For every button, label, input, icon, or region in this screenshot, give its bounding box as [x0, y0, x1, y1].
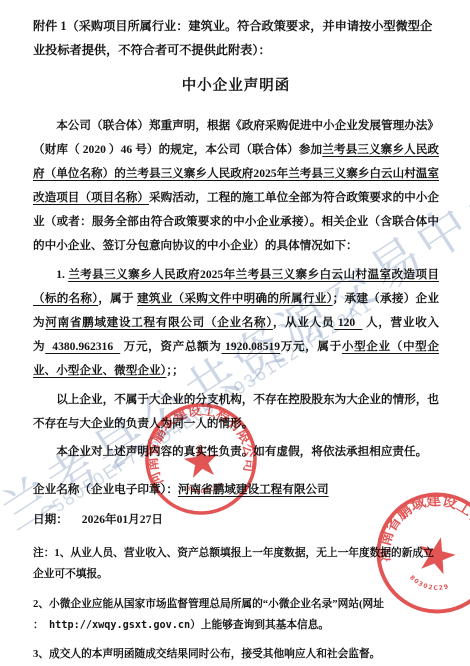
- document-page: 兰考县公共资源交易中心 C58050EF7E5D4E096A9361E26FL2…: [0, 0, 470, 666]
- note-2-colon: ：: [33, 619, 49, 631]
- assets-value: 1920.08519: [222, 340, 281, 353]
- note-1-line1: 注：1、从业人员、营业收入、资产总额填报上一年度数据，无上一年度数据的新成立: [33, 547, 434, 559]
- note-2-line1: 2、小微企业应能从国家市场监督管理总局所属的“小微企业名录”网站(网址: [33, 598, 384, 610]
- note-2-suffix: ）上能够查询到其基本信息。: [190, 619, 329, 631]
- declaration-paragraph: 本公司（联合体）郑重声明，根据《政府采购促进中小企业发展管理办法》（财库（ 20…: [33, 114, 439, 258]
- note-1-line2: 企业可不填报。: [33, 568, 108, 580]
- date-line: 日期：2026年01月27日: [33, 508, 439, 532]
- no-big-enterprise-paragraph: 以上企业，不属于大企业的分支机构，不存在控股股东为大企业的情形，也不存在与大企业…: [33, 388, 439, 436]
- responsibility-paragraph: 本企业对上述声明内容的真实性负责。如有虚假，将依法承担相应责任。: [33, 440, 439, 464]
- text-run: 万元，属于: [280, 340, 342, 353]
- note-2: 2、小微企业应能从国家市场监督管理总局所属的“小微企业名录”网站(网址： htt…: [33, 594, 439, 636]
- item-number: 1.: [56, 268, 68, 281]
- registry-url: http://xwqy.gsxt.gov.cn: [49, 620, 190, 631]
- text-run: ，属于: [98, 292, 137, 305]
- item-1-paragraph: 1. 兰考县三义寨乡人民政府2025年兰考县三义寨乡白云山村温室改造项目（标的名…: [33, 263, 439, 383]
- company-name-line: 企业名称（企业电子印章）：河南省鹏域建设工程有限公司: [33, 478, 439, 502]
- document-content: 附件 1（采购项目所属行业：建筑业。符合政策要求，并申请按小型微型企业投标者提供…: [33, 14, 439, 665]
- attachment-header-line1: 附件 1（采购项目所属行业：建筑业。符合政策要求，并申请按小型微型企: [33, 19, 432, 33]
- note-1: 注：1、从业人员、营业收入、资产总额填报上一年度数据，无上一年度数据的新成立企业…: [33, 543, 439, 585]
- page-title: 中小企业声明函: [33, 74, 439, 95]
- date-value: 2026年01月27日: [82, 513, 163, 526]
- company-name-label: 企业名称（企业电子印章）：: [33, 483, 178, 496]
- text-run: 万元，资产总额为: [120, 340, 221, 353]
- text-run: ；；: [166, 364, 183, 377]
- industry-value: 建筑业（采购文件中明确的所属行业）: [137, 292, 333, 305]
- company-name-value: 河南省鹏域建设工程有限公司: [178, 483, 329, 496]
- text-run: ，从业人员: [273, 316, 334, 329]
- note-3: 3、成交人的本声明函随成交结果同时公布，接受其他响应人和社会监督。: [33, 644, 439, 665]
- revenue-value: 4380.962316: [45, 340, 120, 353]
- date-label: 日期：: [33, 513, 68, 526]
- employee-count: 120: [334, 316, 362, 329]
- attachment-header: 附件 1（采购项目所属行业：建筑业。符合政策要求，并申请按小型微型企业投标者提供…: [33, 14, 439, 62]
- contractor-name: 河南省鹏域建设工程有限公司（企业名称）: [45, 316, 273, 329]
- attachment-header-line2: 业投标者提供，不符合者可不提供此附表）：: [33, 43, 271, 57]
